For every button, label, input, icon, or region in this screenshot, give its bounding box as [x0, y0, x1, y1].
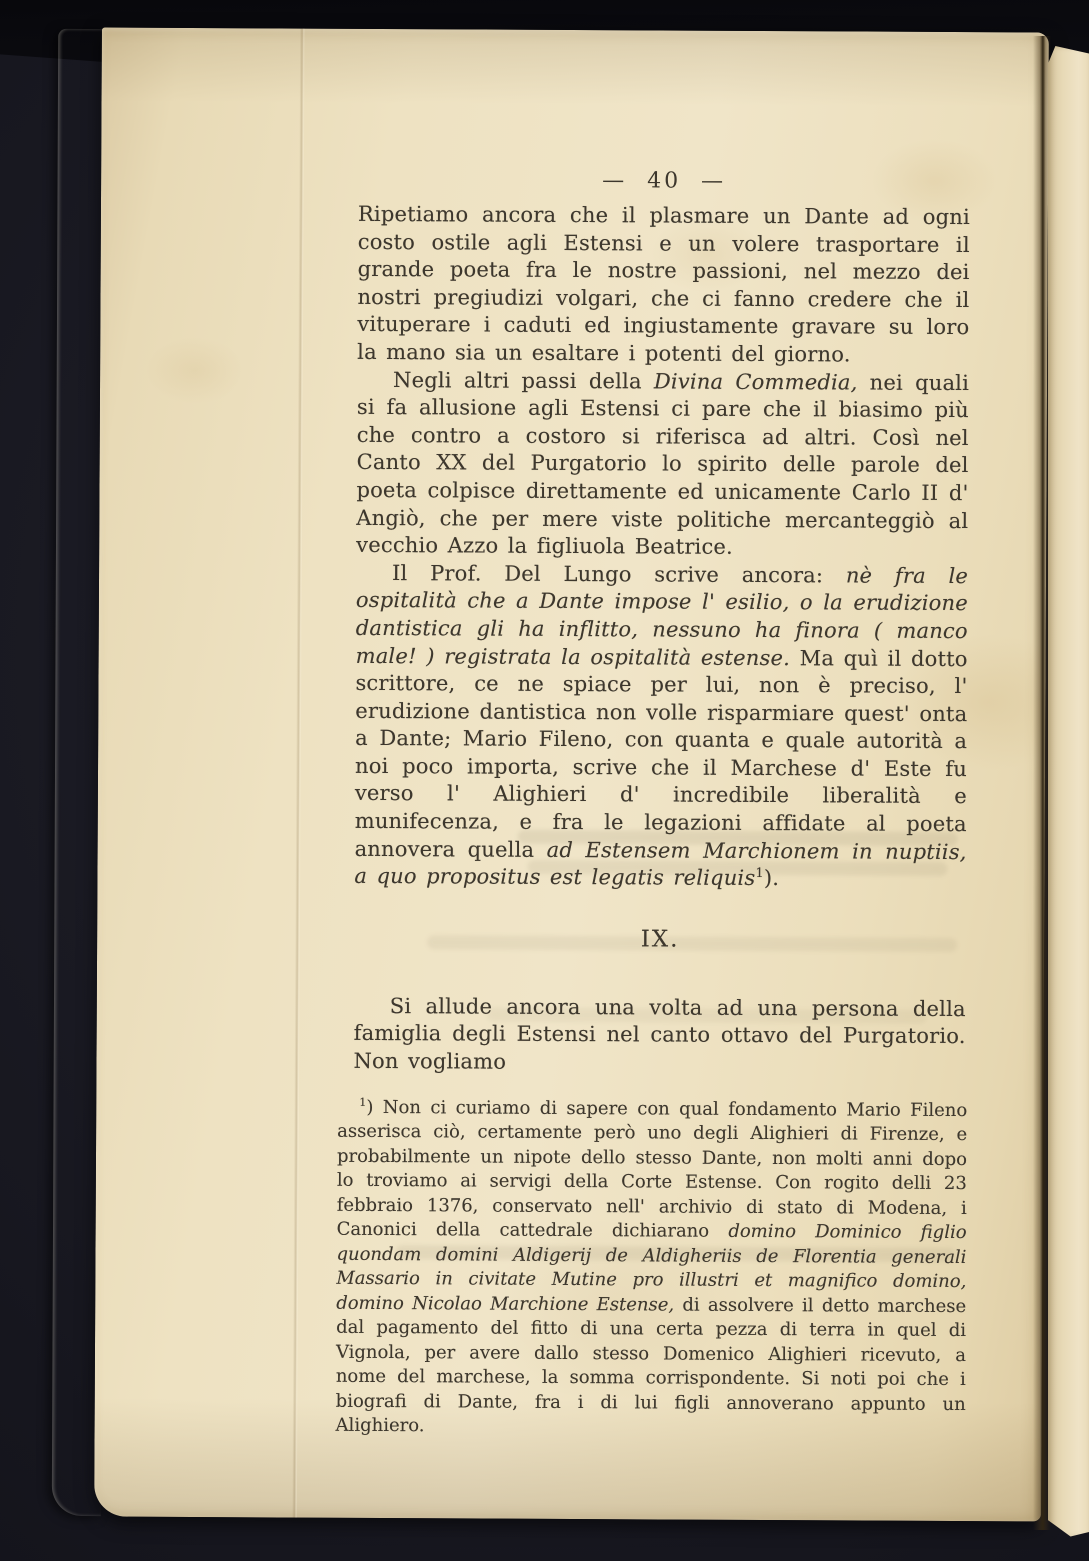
book-photo: — 40 — Ripetiamo ancora che il plasmare …: [0, 0, 1089, 1561]
paragraph: Il Prof. Del Lungo scrive ancora: nè fra…: [354, 560, 968, 894]
page-crease: [292, 29, 305, 1518]
footnote: 1) Non ci curiamo di sapere con qual fon…: [336, 1095, 968, 1441]
paragraph: Si allude ancora una volta ad una person…: [353, 993, 965, 1079]
page-content: — 40 — Ripetiamo ancora che il plasmare …: [352, 29, 971, 1442]
page-number: — 40 —: [358, 167, 970, 195]
paragraph: Ripetiamo ancora che il plasmare un Dant…: [357, 201, 970, 370]
paragraph: Negli altri passi della Divina Commedia,…: [356, 366, 969, 562]
section-heading: IX.: [354, 925, 966, 954]
book-page: — 40 — Ripetiamo ancora che il plasmare …: [94, 28, 1049, 1522]
adjacent-page-edge: [1048, 46, 1089, 1538]
